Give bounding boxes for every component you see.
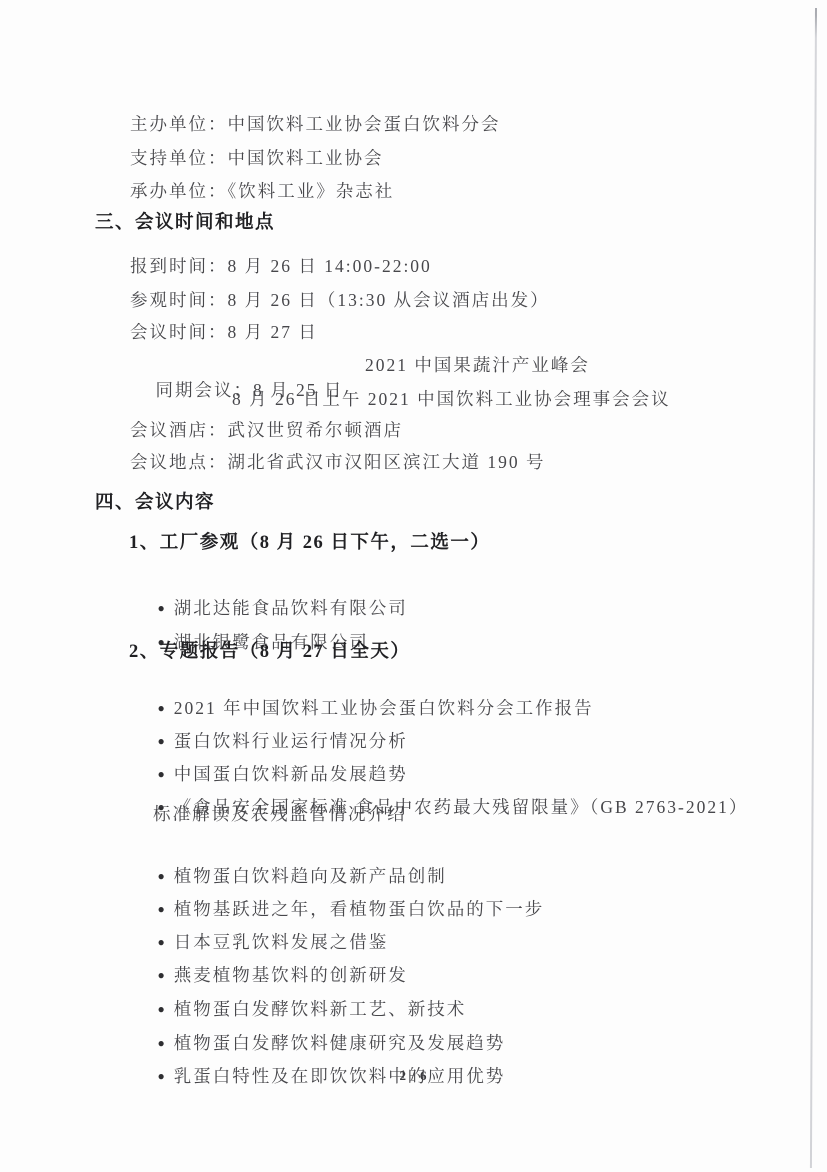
organizer-line-support: 支持单位：中国饮料工业协会 [130, 146, 384, 171]
organizer-line-host: 主办单位：中国饮料工业协会蛋白饮料分会 [130, 112, 501, 137]
scan-edge-artifact [810, 8, 817, 1168]
hotel-line: 会议酒店：武汉世贸希尔顿酒店 [130, 418, 403, 443]
reports-title: 2、专题报告（8 月 27 日全天） [129, 640, 410, 665]
document-page: 主办单位：中国饮料工业协会蛋白饮料分会 支持单位：中国饮料工业协会 承办单位：《… [0, 0, 827, 1172]
section-heading-time-place: 三、会议时间和地点 [95, 211, 275, 236]
concurrent-meeting-1: 2021 中国果蔬汁产业峰会 [365, 353, 590, 378]
meeting-time-line: 会议时间：8 月 27 日 [130, 320, 318, 345]
address-line: 会议地点：湖北省武汉市汉阳区滨江大道 190 号 [130, 450, 546, 475]
gb-standard-continuation-line: 标准解读及农残监管情况介绍 [153, 802, 407, 827]
organizer-line-undertaker: 承办单位：《饮料工业》杂志社 [130, 179, 394, 204]
section-heading-contents: 四、会议内容 [95, 491, 215, 516]
registration-time-line: 报到时间：8 月 26 日 14:00-22:00 [130, 254, 432, 279]
visit-time-line: 参观时间：8 月 26 日（13:30 从会议酒店出发） [130, 288, 550, 313]
factory-tour-title: 1、工厂参观（8 月 26 日下午，二选一） [129, 531, 490, 556]
concurrent-meeting-2: 8 月 26 日上午 2021 中国饮料工业协会理事会会议 [232, 387, 671, 412]
page-number: 2 / 6 [0, 1068, 827, 1084]
